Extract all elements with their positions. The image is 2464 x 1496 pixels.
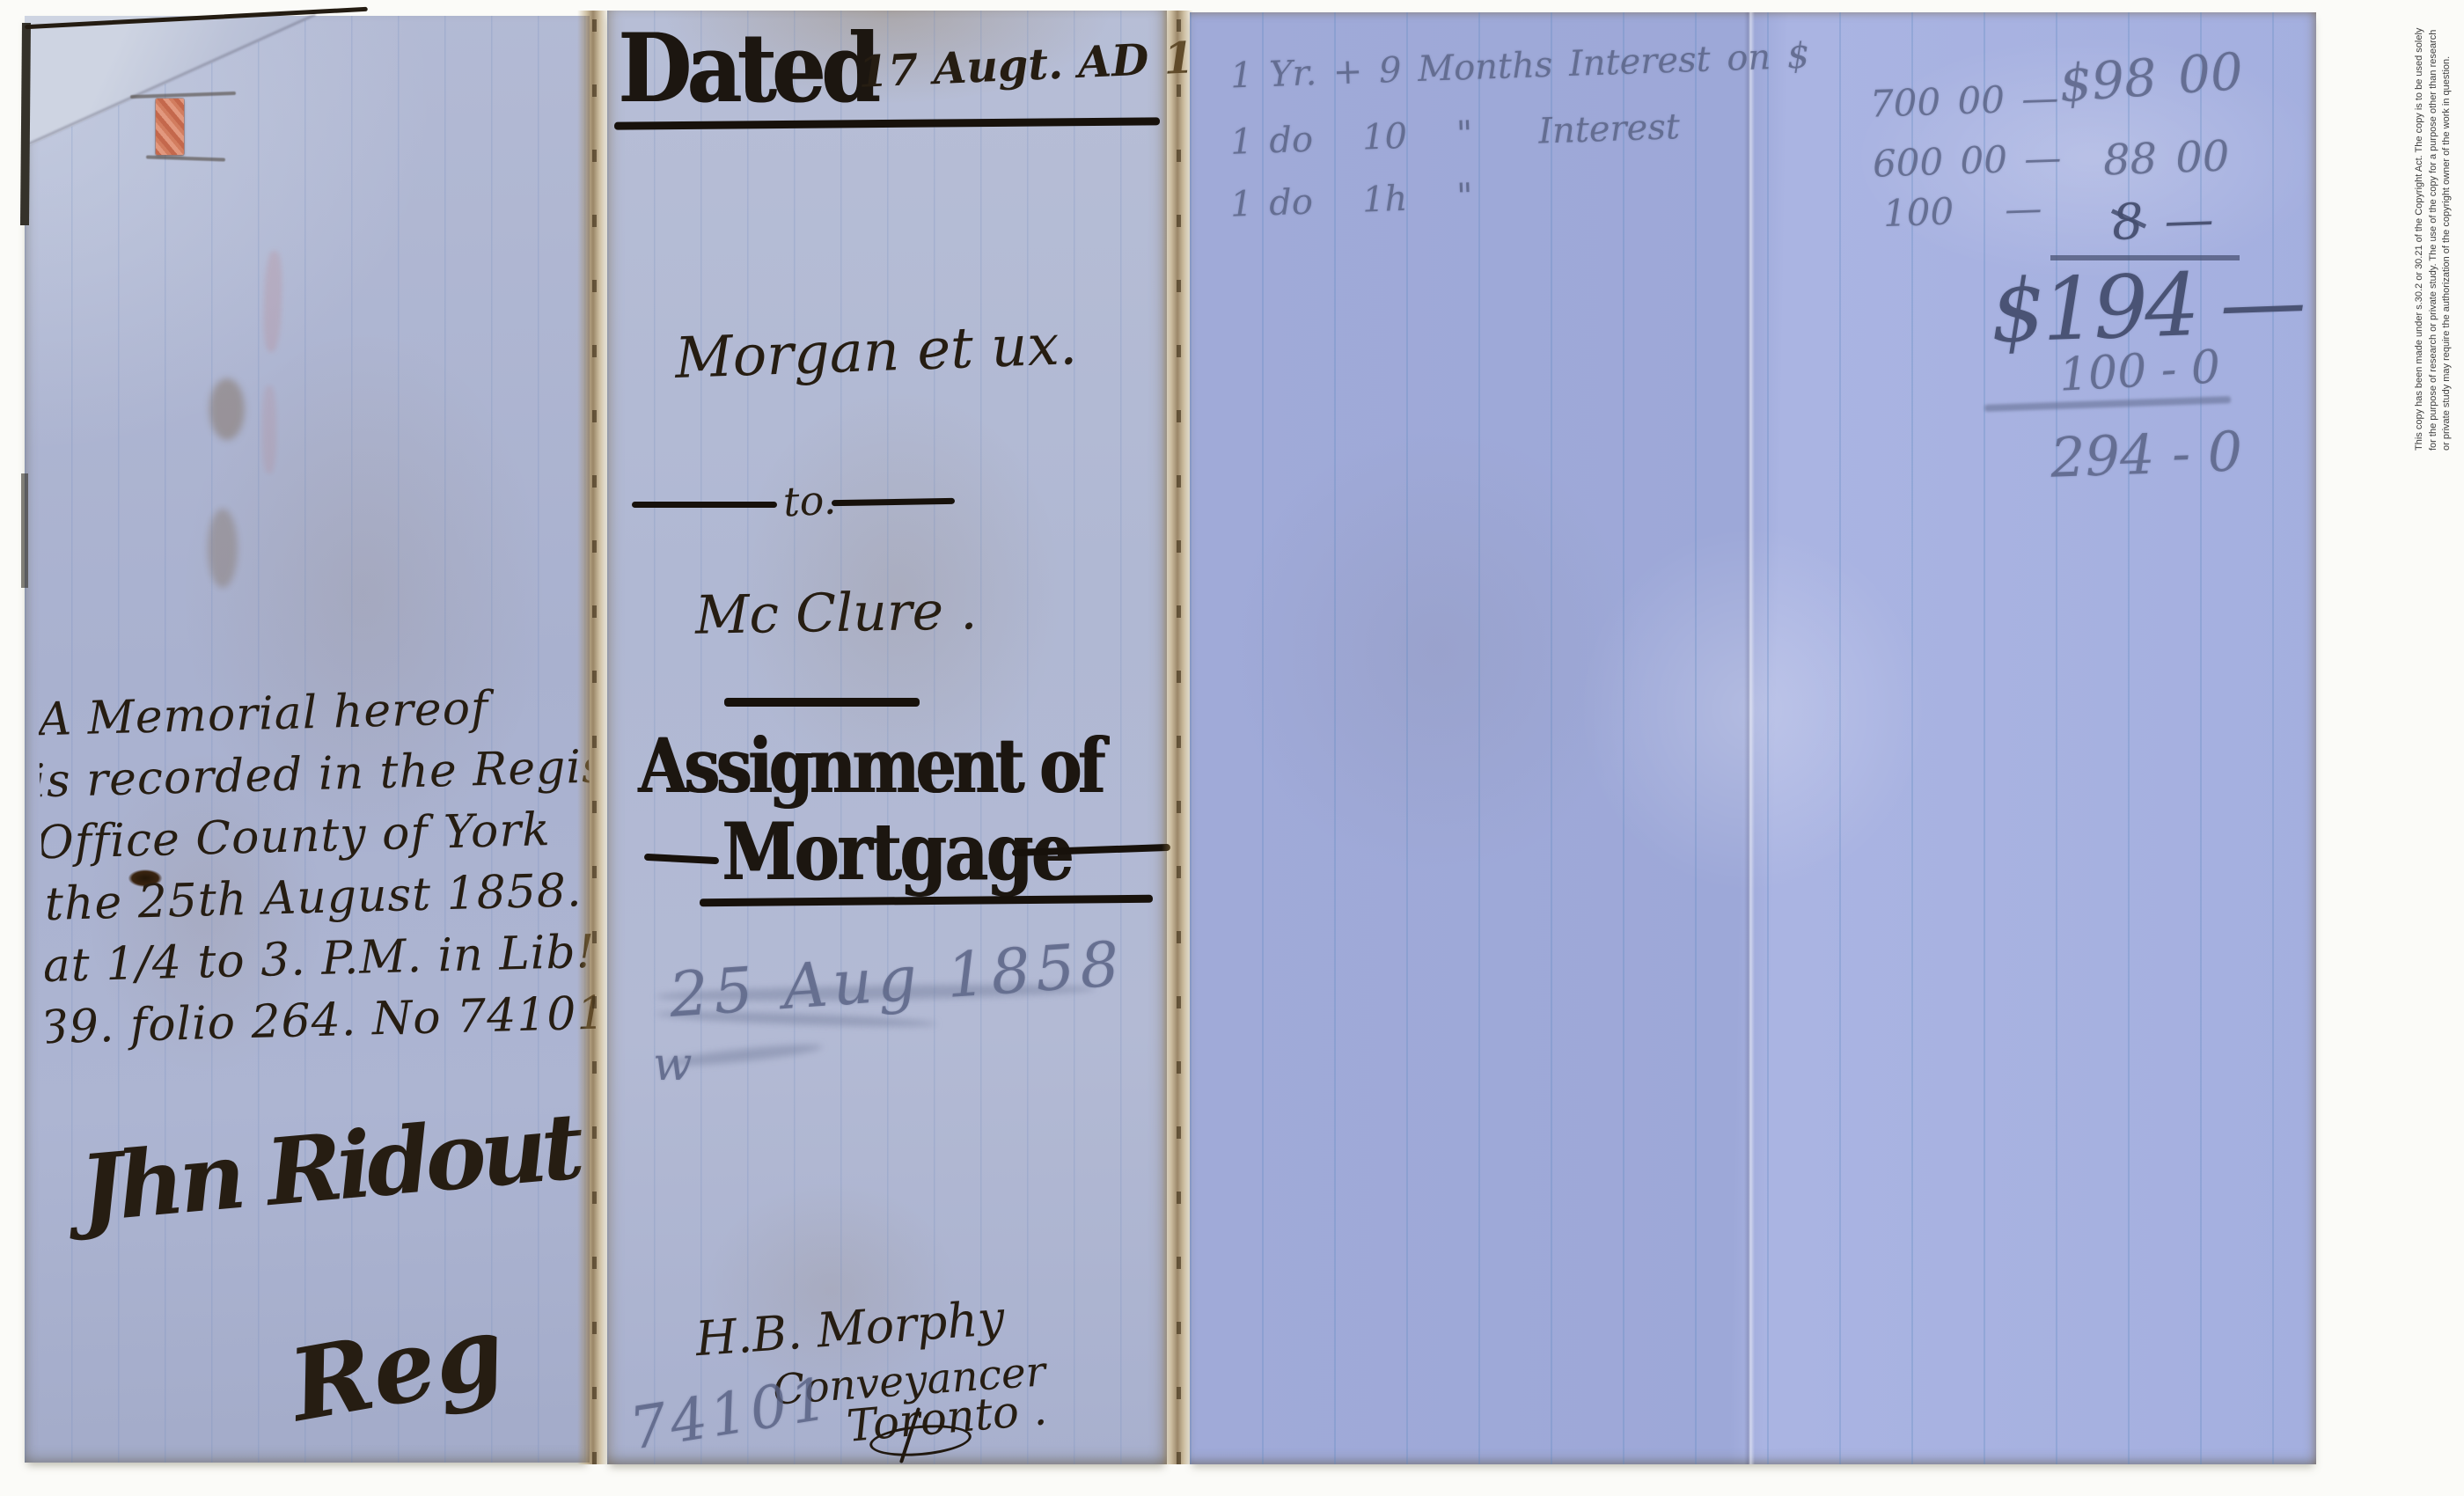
dated-heading: Dated <box>618 12 876 124</box>
fold-crease <box>1744 12 1755 1464</box>
torn-edge <box>21 473 28 588</box>
faint-stamp-mark <box>262 251 283 353</box>
ribbon-slit <box>146 155 225 161</box>
copyright-line: This copy has been made under s.30.2 or … <box>2413 33 2427 451</box>
faint-stamp-mark <box>262 385 276 473</box>
interest-row-description: 1 do 10 " Interest <box>1229 106 1680 163</box>
cover-page: Dated 17 Augt. AD 1858. Morgan et ux. to… <box>607 11 1167 1464</box>
interest-row-principal: 600 00 — <box>1872 136 2062 185</box>
interest-row-principal: 100 — <box>1882 187 2042 235</box>
instrument-number: 74101 <box>625 1364 835 1463</box>
copyright-line: or private study may require the authori… <box>2440 33 2454 451</box>
grantee-name: Mc Clure . <box>694 580 977 647</box>
stitched-seam <box>577 11 609 1464</box>
dash-rule <box>832 498 955 506</box>
copyright-line: for the purpose of research or private s… <box>2427 33 2441 451</box>
grantor-name: Morgan et ux. <box>674 312 1078 392</box>
interest-row-description: 1 do 1h " <box>1229 176 1473 225</box>
stitch-marks <box>592 11 597 1464</box>
stain <box>209 378 245 440</box>
interest-row-amount: 88 00 <box>2102 132 2230 186</box>
to-connector: to. <box>782 475 838 525</box>
addition-amount: 100 - 0 <box>2058 341 2222 401</box>
dash-rule <box>632 502 777 508</box>
copyright-notice: This copy has been made under s.30.2 or … <box>2413 33 2457 451</box>
interest-row-description: 1 Yr. + 9 Months Interest on $ <box>1229 36 1810 97</box>
stitched-seam <box>1162 11 1193 1464</box>
interest-row-principal: 700 00 — <box>1869 76 2059 125</box>
scanned-document: A Memorial hereof is recorded in the Reg… <box>0 0 2464 1496</box>
title-overline <box>724 698 920 707</box>
stain <box>208 509 238 588</box>
registrar-signature: Jhn Ridout <box>76 1091 583 1243</box>
stitch-marks <box>1177 11 1181 1464</box>
document-title-line1: Assignment of <box>638 722 1102 810</box>
blank-leaf: 1 Yr. + 9 Months Interest on $ 700 00 — … <box>1190 12 2316 1464</box>
binding-ribbon <box>156 99 184 155</box>
interest-row-amount: $98 00 <box>2057 41 2245 114</box>
memorial-note: A Memorial hereof is recorded in the Reg… <box>38 675 597 1059</box>
interest-row-amount: 8 — <box>2111 191 2215 252</box>
left-page: A Memorial hereof is recorded in the Reg… <box>25 16 590 1463</box>
total-amount: 294 - 0 <box>2050 419 2244 490</box>
registrar-title: Reg <box>282 1294 512 1444</box>
torn-edge <box>20 23 31 225</box>
dash-rule <box>644 854 719 864</box>
